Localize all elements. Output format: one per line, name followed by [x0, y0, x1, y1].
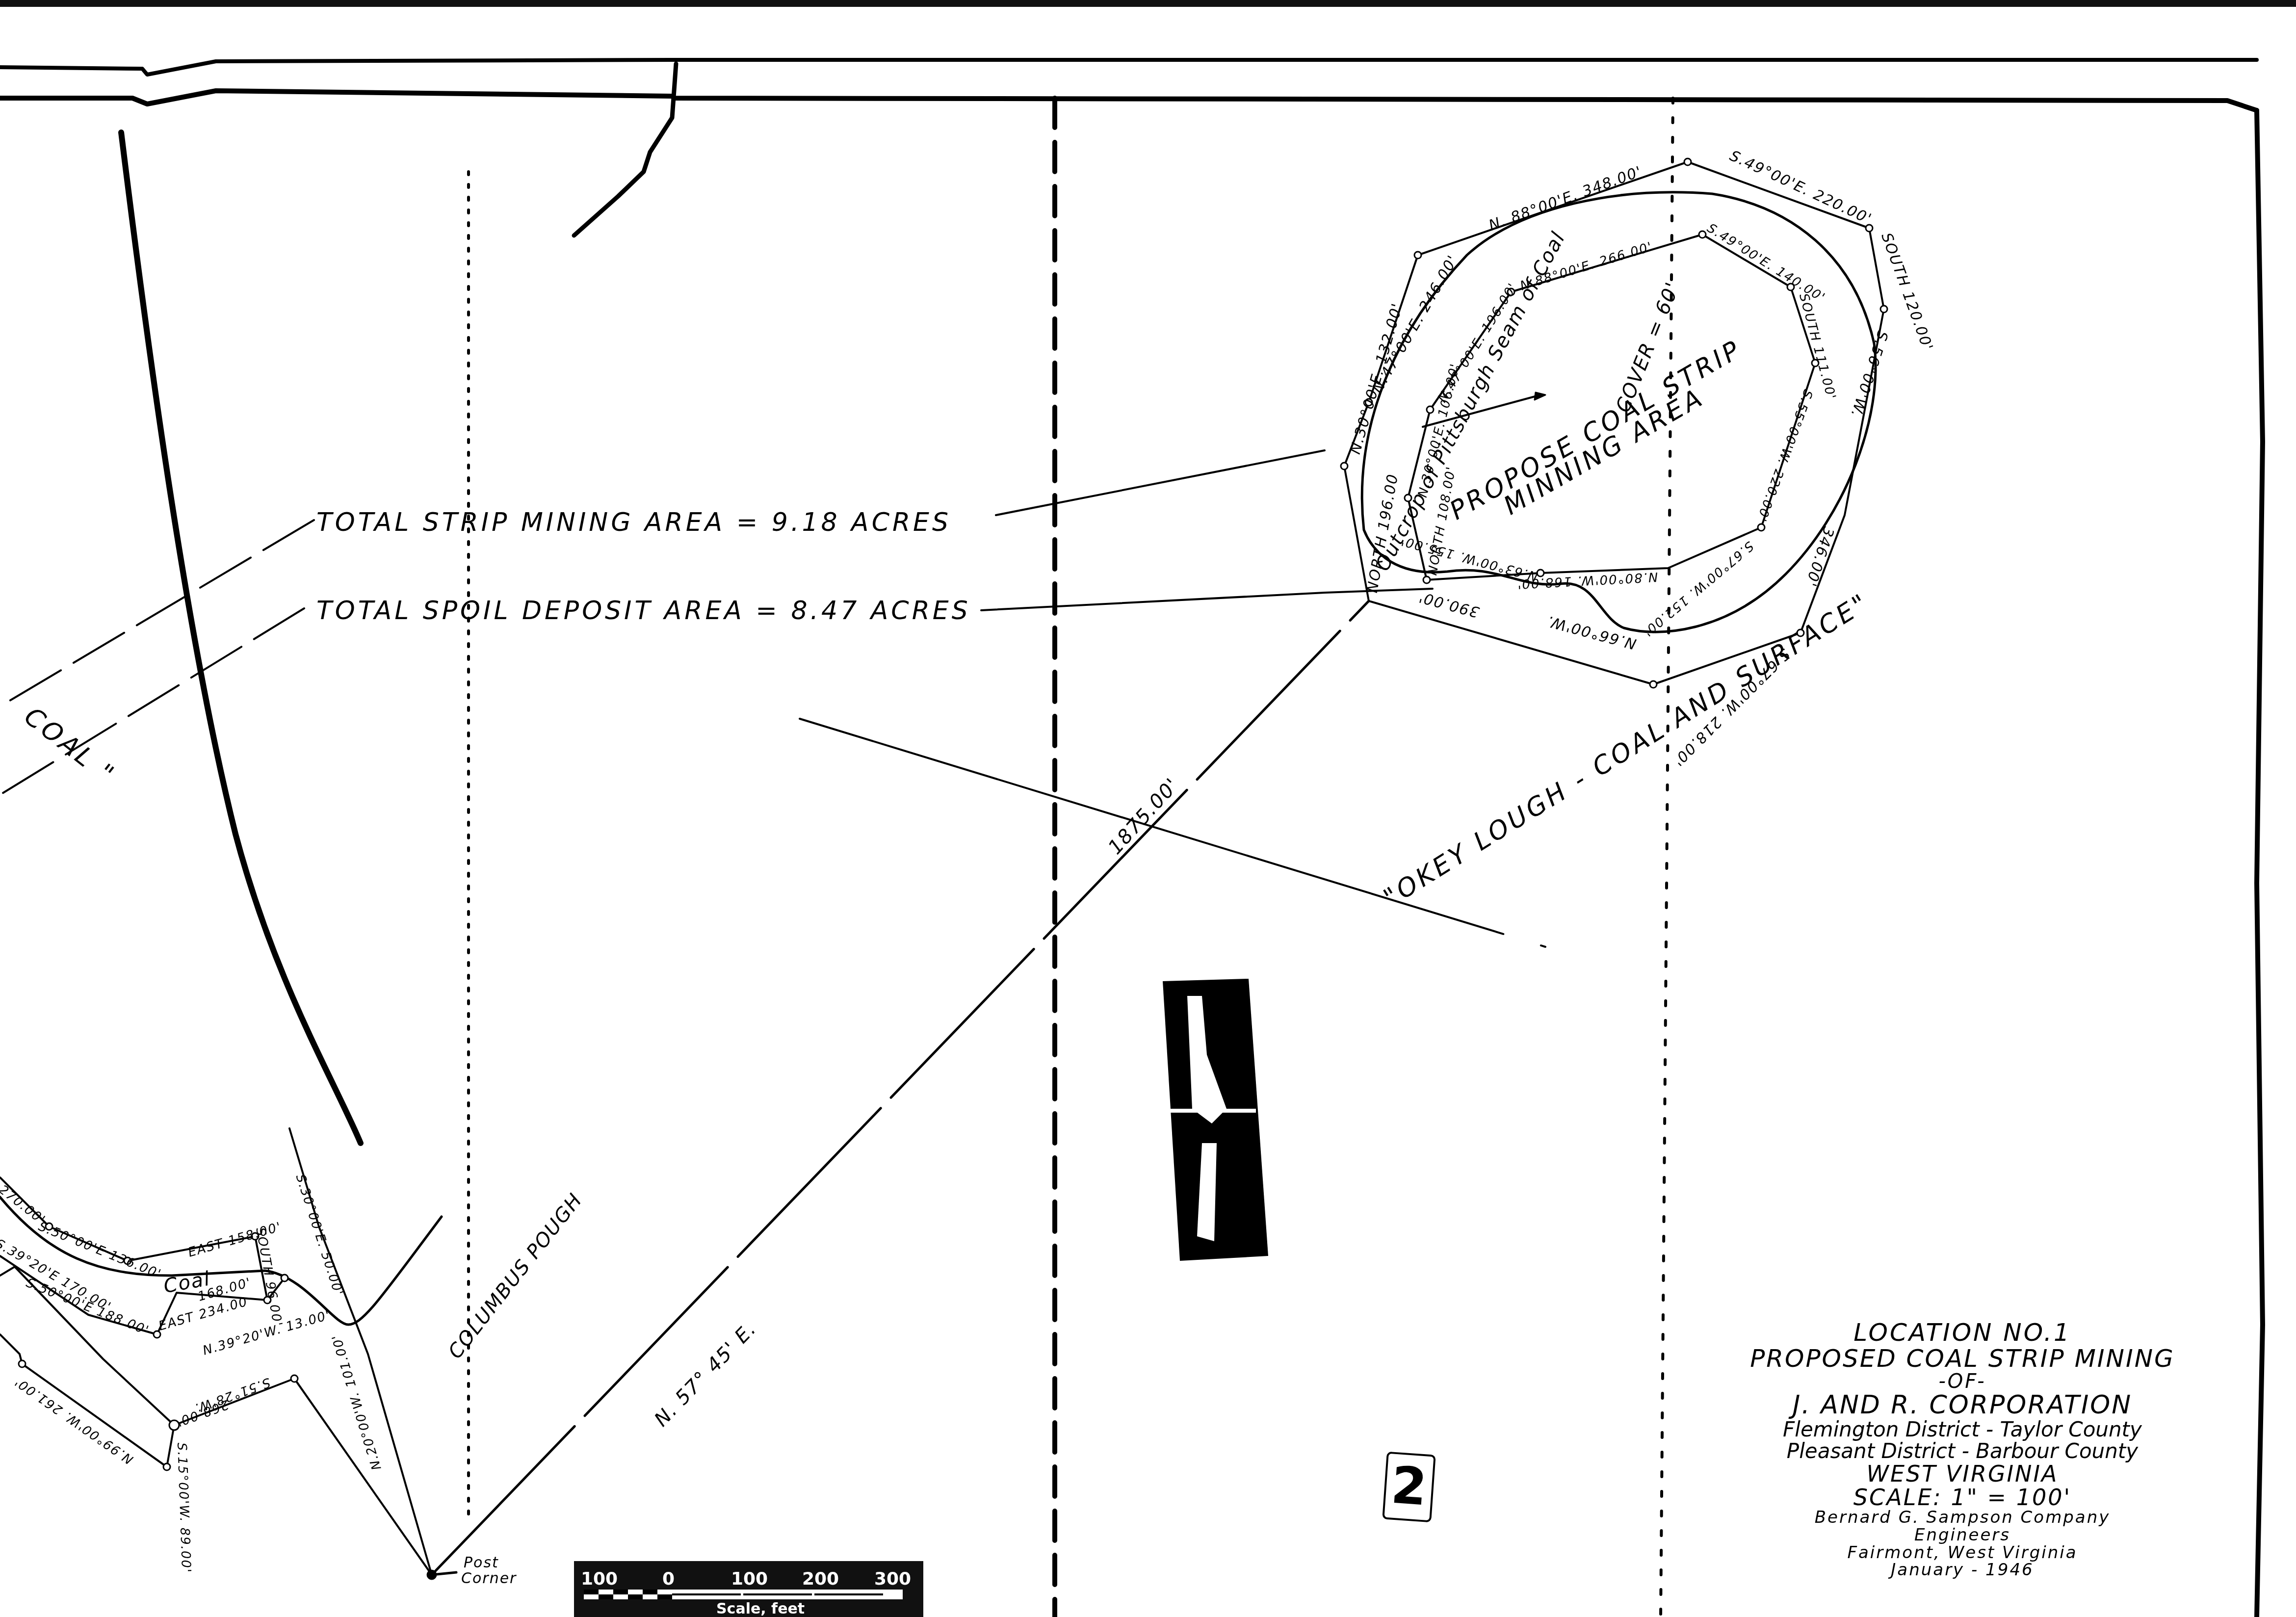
coal-line-lower	[0, 608, 304, 795]
title-engineers: Engineers	[1707, 1527, 2218, 1544]
title-location: LOCATION NO.1	[1707, 1320, 2218, 1346]
scale-tick: 100	[731, 1569, 768, 1589]
title-project: PROPOSED COAL STRIP MINING	[1707, 1346, 2218, 1372]
ink-stamp	[1158, 979, 1268, 1261]
right-border-line	[2257, 110, 2263, 1617]
scale-bar: 100 0 100 200 300 Scale, feet	[574, 1561, 923, 1617]
title-block: LOCATION NO.1 PROPOSED COAL STRIP MINING…	[1707, 1320, 2218, 1579]
scale-tick: 0	[662, 1569, 675, 1589]
title-district-1: Flemington District - Taylor County	[1707, 1419, 2218, 1440]
title-scale: SCALE: 1" = 100'	[1707, 1486, 2218, 1509]
spoil-area-leader	[981, 589, 1433, 610]
title-district-2: Pleasant District - Barbour County	[1707, 1440, 2218, 1462]
scale-tick: 200	[802, 1569, 839, 1589]
title-of: -OF-	[1707, 1371, 2218, 1392]
title-city: Fairmont, West Virginia	[1707, 1544, 2218, 1562]
ridge-line	[121, 132, 361, 1143]
strip-area-leader	[996, 450, 1325, 515]
survey-map-sheet: TOTAL STRIP MINING AREA = 9.18 ACRES TOT…	[0, 0, 2296, 1617]
sheet-number-box: 2	[1382, 1452, 1435, 1523]
sheet-border-line	[0, 91, 2257, 110]
title-date: January - 1946	[1707, 1562, 2218, 1579]
title-owner: J. AND R. CORPORATION	[1707, 1392, 2218, 1419]
scale-caption: Scale, feet	[716, 1600, 805, 1617]
upper-border-line	[0, 60, 2257, 75]
spoil-deposit-area-note: TOTAL SPOIL DEPOSIT AREA = 8.47 ACRES	[316, 596, 971, 626]
title-engineer: Bernard G. Sampson Company	[1707, 1509, 2218, 1527]
scan-edge-band	[0, 0, 2296, 7]
scale-graduations	[584, 1590, 903, 1599]
paper-tear	[574, 64, 676, 235]
scale-tick: 300	[874, 1569, 911, 1589]
title-state: WEST VIRGINIA	[1707, 1462, 2218, 1486]
coal-line-upper	[0, 520, 314, 706]
scale-tick: 100	[581, 1569, 618, 1589]
okey-lough-line	[800, 719, 1545, 947]
strip-mining-area-note: TOTAL STRIP MINING AREA = 9.18 ACRES	[316, 508, 951, 537]
corner-label: Corner	[461, 1570, 517, 1587]
post-label: Post	[464, 1554, 499, 1571]
